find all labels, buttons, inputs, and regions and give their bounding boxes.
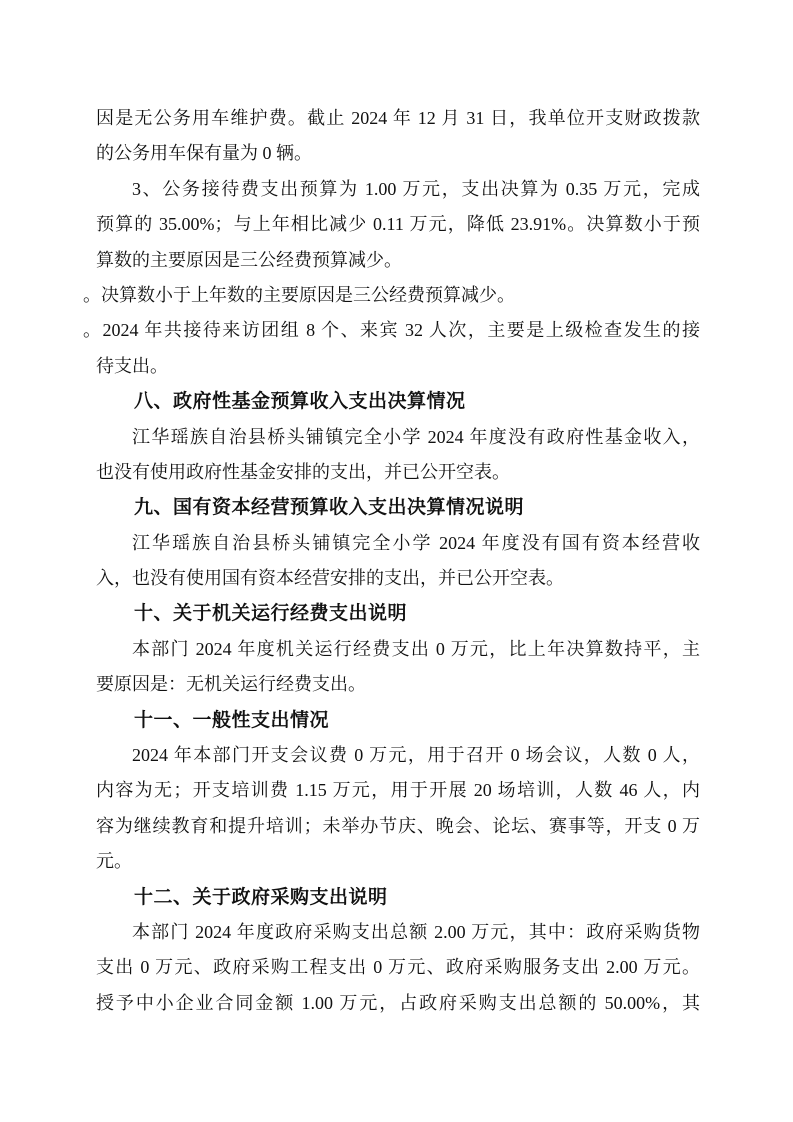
text-line: 3、公务接待费支出预算为 1.00 万元，支出决算为 0.35 万元，完成 — [96, 172, 700, 207]
text-line: 预算的 35.00%；与上年相比减少 0.11 万元，降低 23.91%。决算数… — [96, 207, 700, 242]
text-line: 容为继续教育和提升培训；未举办节庆、晚会、论坛、赛事等，开支 0 万 — [96, 809, 700, 844]
text-line: 本部门 2024 年度机关运行经费支出 0 万元，比上年决算数持平，主 — [96, 632, 700, 667]
text-line: 的公务用车保有量为 0 辆。 — [96, 136, 700, 171]
text-line: 。决算数小于上年数的主要原因是三公经费预算减少。 — [83, 278, 700, 313]
text-line: 支出 0 万元、政府采购工程支出 0 万元、政府采购服务支出 2.00 万元。 — [96, 950, 700, 985]
text-line: 本部门 2024 年度政府采购支出总额 2.00 万元，其中：政府采购货物 — [96, 915, 700, 950]
text-line: 内容为无；开支培训费 1.15 万元，用于开展 20 场培训，人数 46 人，内 — [96, 773, 700, 808]
text-line: 算数的主要原因是三公经费预算减少。 — [96, 243, 700, 278]
text-line: 也没有使用政府性基金安排的支出，并已公开空表。 — [96, 455, 700, 490]
text-line: 要原因是：无机关运行经费支出。 — [96, 667, 700, 702]
document-body: 因是无公务用车维护费。截止 2024 年 12 月 31 日，我单位开支财政拨款… — [96, 101, 700, 1021]
text-line: 2024 年本部门开支会议费 0 万元，用于召开 0 场会议，人数 0 人， — [96, 738, 700, 773]
text-line: 待支出。 — [96, 349, 700, 384]
section-heading: 八、政府性基金预算收入支出决算情况 — [96, 384, 700, 419]
section-heading: 十二、关于政府采购支出说明 — [96, 880, 700, 915]
text-line: 授予中小企业合同金额 1.00 万元，占政府采购支出总额的 50.00%，其 — [96, 986, 700, 1021]
text-line: 江华瑶族自治县桥头铺镇完全小学 2024 年度没有国有资本经营收 — [96, 526, 700, 561]
section-heading: 十、关于机关运行经费支出说明 — [96, 596, 700, 631]
document-page: 因是无公务用车维护费。截止 2024 年 12 月 31 日，我单位开支财政拨款… — [0, 0, 793, 1122]
text-line: 元。 — [96, 844, 700, 879]
text-line: 因是无公务用车维护费。截止 2024 年 12 月 31 日，我单位开支财政拨款 — [96, 101, 700, 136]
section-heading: 十一、一般性支出情况 — [96, 703, 700, 738]
text-line: 江华瑶族自治县桥头铺镇完全小学 2024 年度没有政府性基金收入， — [96, 420, 700, 455]
text-line: 入，也没有使用国有资本经营安排的支出，并已公开空表。 — [96, 561, 700, 596]
text-line: 。2024 年共接待来访团组 8 个、来宾 32 人次，主要是上级检查发生的接 — [83, 313, 700, 348]
section-heading: 九、国有资本经营预算收入支出决算情况说明 — [96, 490, 700, 525]
